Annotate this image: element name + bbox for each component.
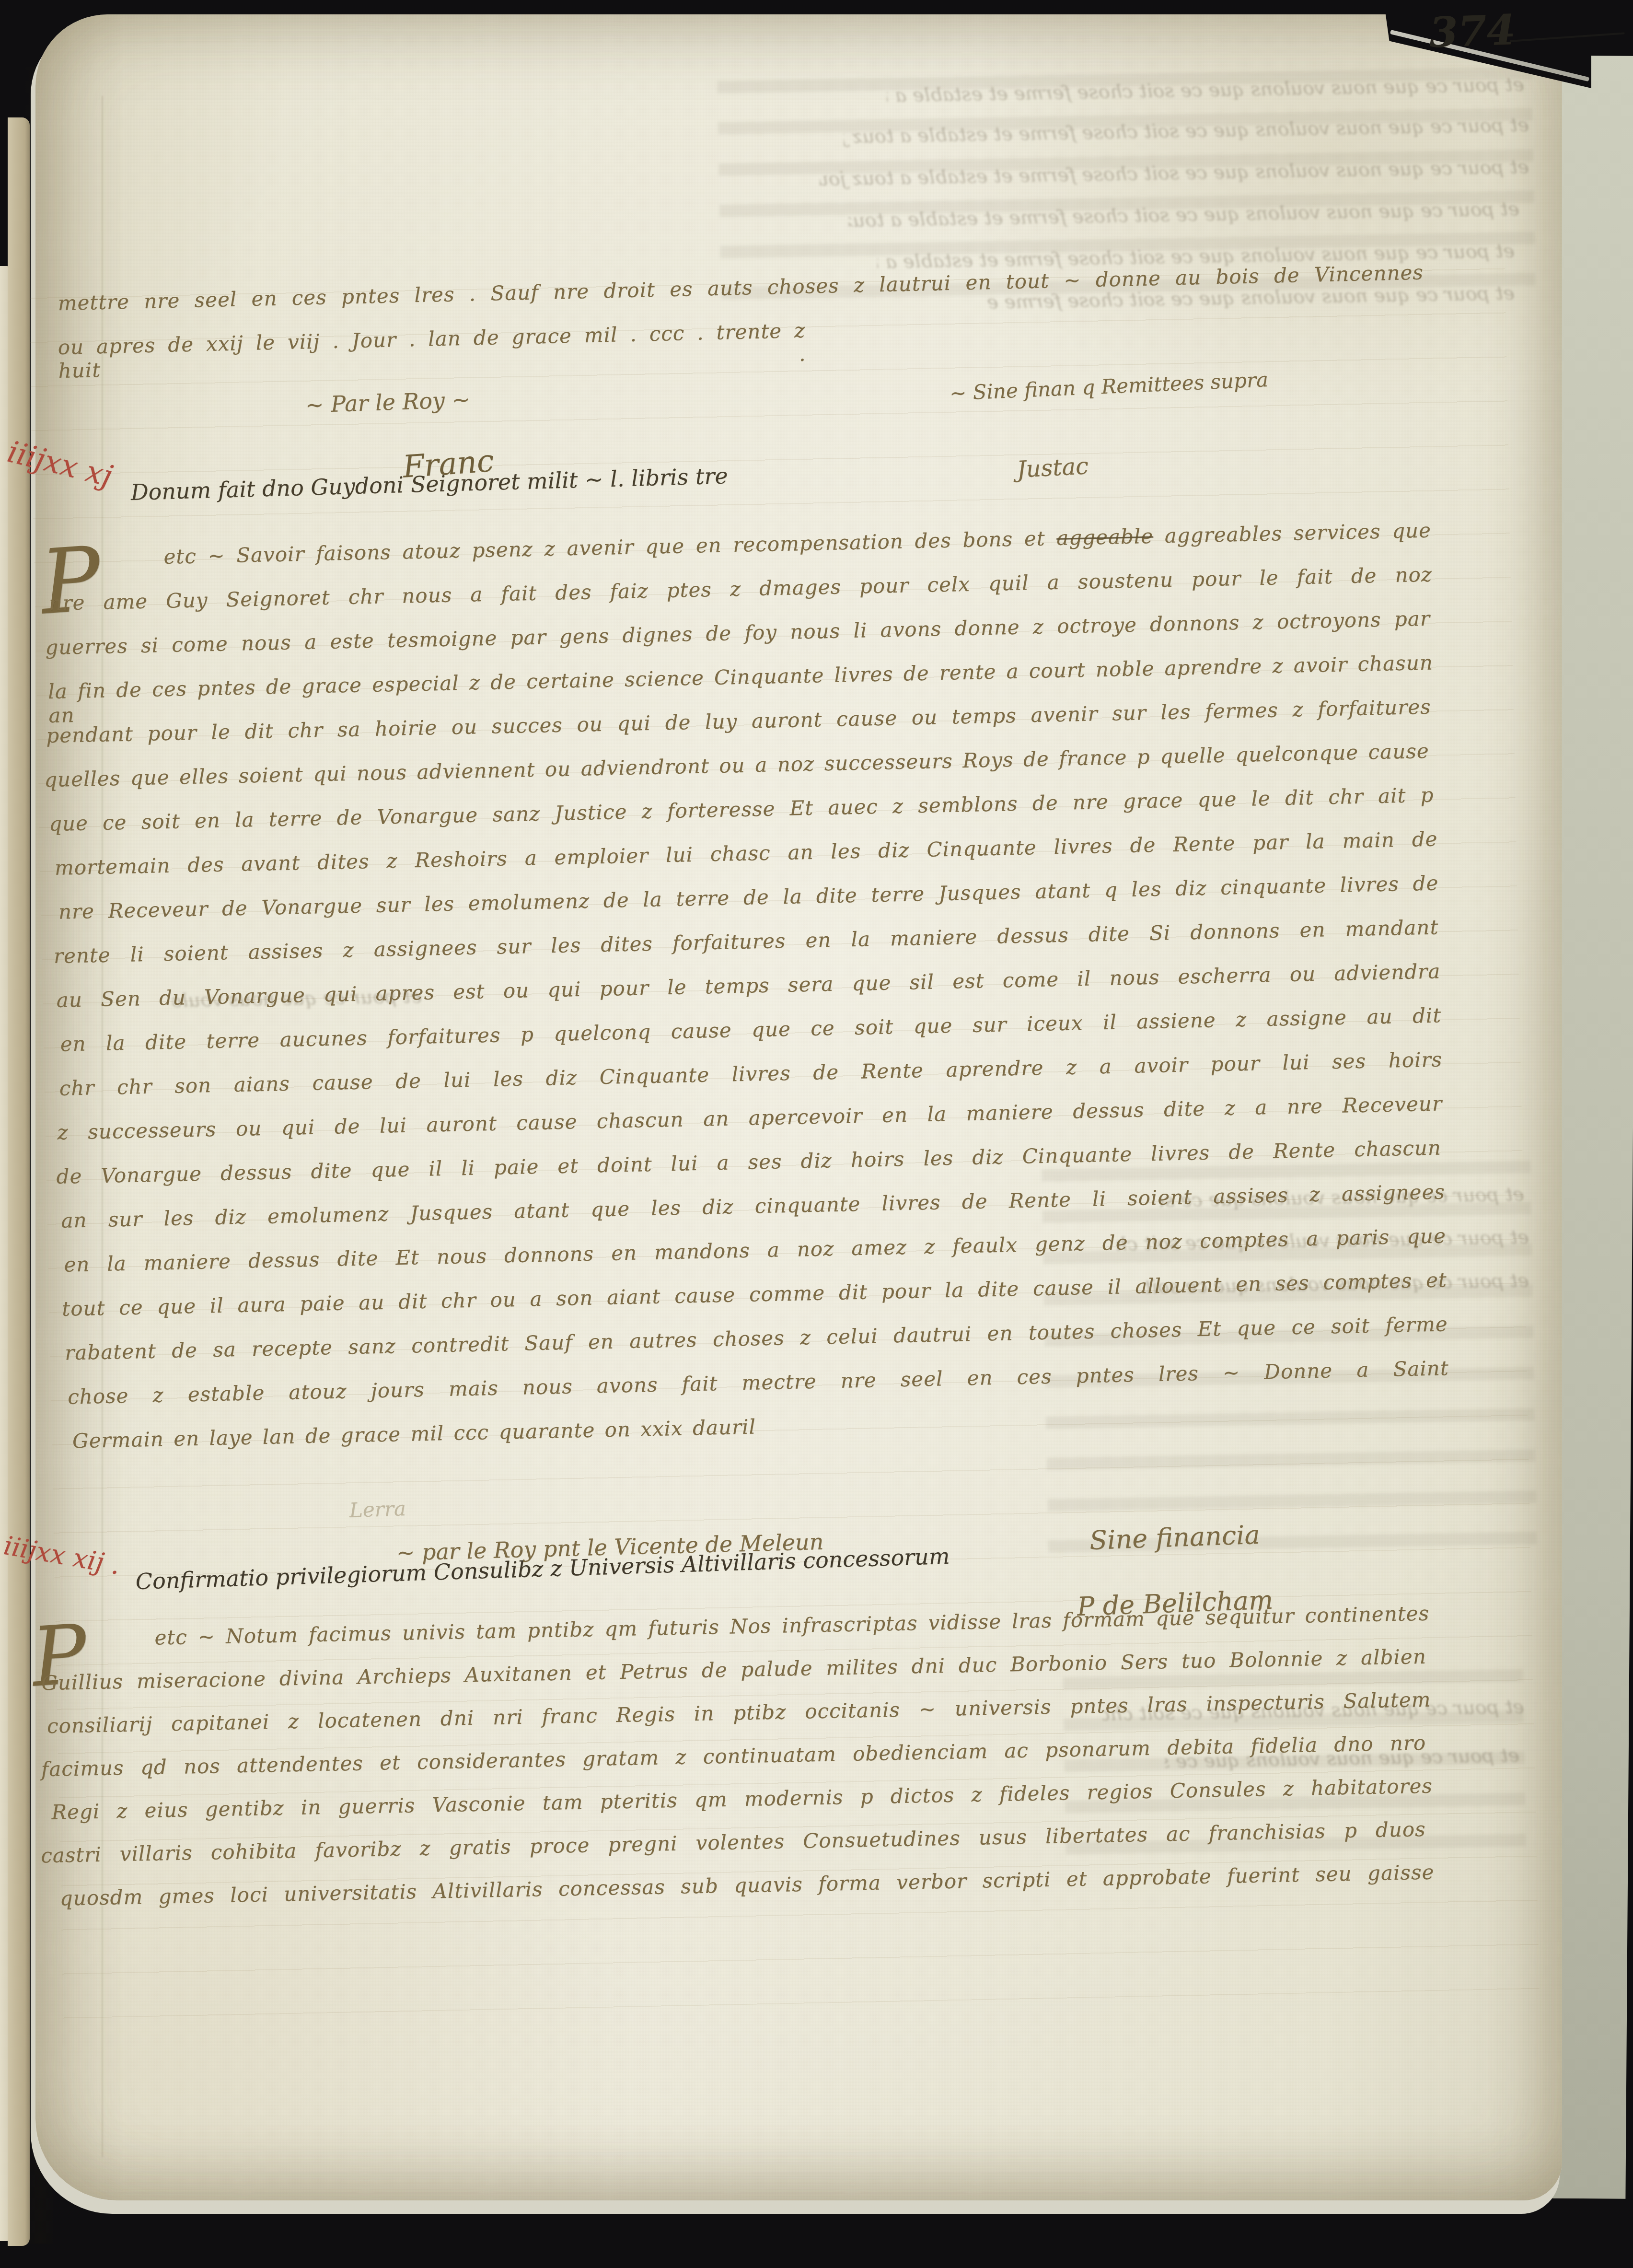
faint-annotation: Lerra (349, 1497, 406, 1522)
struck-word: aggeable (1056, 524, 1154, 550)
financia-signature: Sine financia (1089, 1520, 1261, 1556)
bleedthrough-band (1042, 1161, 1537, 1553)
manuscript-photo: et pour ce que nous voulons que ce soit … (0, 0, 1633, 2268)
justices-note: Justac (1016, 453, 1089, 483)
folio-number: 374 (1428, 6, 1516, 57)
decorated-initial: P (37, 527, 104, 634)
